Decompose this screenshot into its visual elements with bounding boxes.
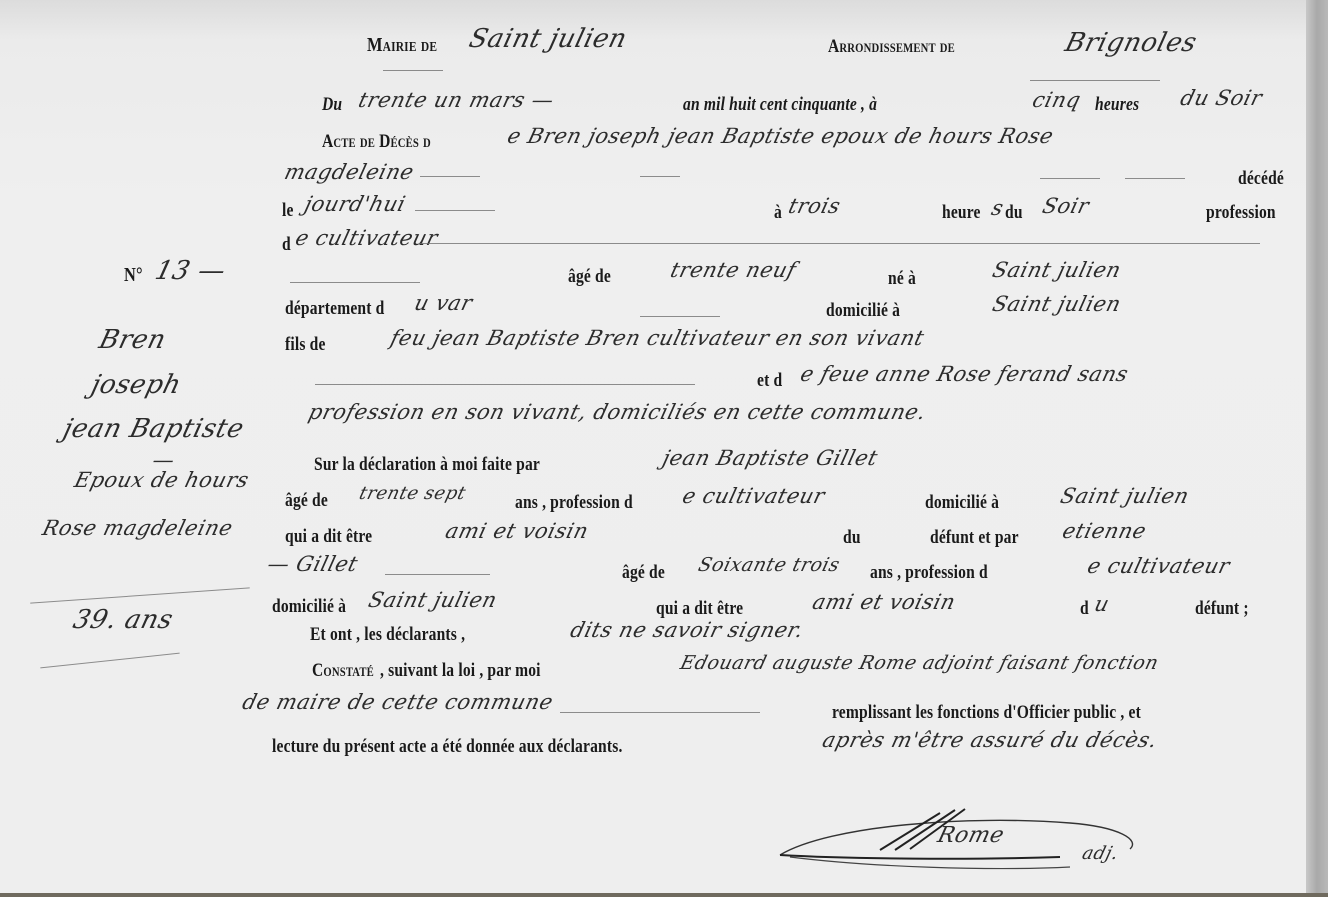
printed-text: à [774,202,782,224]
printed-text: Constaté [312,660,374,682]
printed-text: remplissant les fonctions d'Officier pub… [832,702,1141,724]
handwritten-text: profession en son vivant, domiciliés en … [306,400,929,424]
printed-text: d [1080,598,1089,620]
printed-text: né à [888,268,916,290]
margin-name: jean Baptiste [60,414,247,444]
margin-name: Rose magdeleine [40,516,235,540]
handwritten-place: Saint julien [990,258,1124,282]
officer-signature: Rome adj. [770,805,1170,895]
printed-text: département d [285,298,385,320]
printed-text: domicilié à [925,492,999,514]
printed-text: domicilié à [272,596,346,618]
printed-text: Sur la déclaration à moi faite par [314,454,540,476]
handwritten-hour: trois [786,194,843,218]
printed-text: heure [942,202,981,224]
printed-text: âgé de [568,266,611,288]
rule [1030,80,1160,81]
handwritten-place: Saint julien [366,588,500,612]
handwritten-relation: ami et voisin [810,590,958,614]
handwritten-date: trente un mars — [356,88,557,112]
rule [290,282,420,283]
handwritten-text: du Soir [1178,86,1265,110]
printed-text: âgé de [285,490,328,512]
deceased-name: e Bren joseph jean Baptiste epoux de hou… [505,124,1056,148]
rule [640,316,720,317]
handwritten-profession: e cultivateur [293,226,441,250]
handwritten-age: Soixante trois [696,554,842,576]
register-page: Mairie de Saint julien Arrondissement de… [0,0,1306,893]
printed-text: heures [1095,94,1139,116]
printed-text: qui a dit être [656,598,743,620]
printed-text: ans , profession d [515,492,633,514]
rule [315,384,695,385]
handwritten-age: trente neuf [668,258,799,282]
handwritten-department: u var [412,291,475,315]
handwritten-hour: cinq [1030,88,1083,112]
margin-age: 39. ans [70,605,176,635]
arrondissement-value: Brignoles [1062,28,1200,58]
entry-number-label: N° [124,264,143,287]
handwritten-officer: Edouard auguste Rome adjoint faisant fon… [678,652,1161,674]
printed-text: du [1005,202,1023,224]
handwritten-profession: e cultivateur [680,484,828,508]
handwritten-profession: e cultivateur [1085,554,1233,578]
handwritten-date: jourd'hui [302,192,408,216]
mairie-value: Saint julien [466,24,630,54]
rule [385,574,490,575]
rule [640,176,680,177]
signature-title: adj. [1080,843,1121,864]
printed-text: d [282,234,291,256]
mairie-label: Mairie de [367,34,437,57]
printed-text: fils de [285,334,326,356]
handwritten-father: feu jean Baptiste Bren cultivateur en so… [388,326,927,350]
printed-text: âgé de [622,562,665,584]
printed-text: du [843,527,861,549]
handwritten-declarant: — Gillet [265,552,360,576]
rule [1125,178,1185,179]
rule [420,176,480,177]
printed-text: lecture du présent acte a été donnée aux… [272,736,623,758]
printed-text: Du [322,94,342,116]
printed-text: Et ont , les déclarants , [310,624,465,646]
handwritten-text: u [1092,592,1112,616]
handwritten-officer-title: de maire de cette commune [240,690,556,714]
entry-number: 13 — [152,256,229,286]
handwritten-declarant: etienne [1060,519,1149,543]
printed-text: décédé [1238,168,1284,190]
handwritten-age: trente sept [357,483,468,504]
handwritten-place: Saint julien [990,292,1124,316]
margin-name: Epoux de hours [72,468,251,492]
printed-text: an mil huit cent cinquante , à [683,94,877,116]
act-title: Acte de Décès d [322,131,431,153]
signature-name: Rome [935,823,1007,848]
flourish [40,653,179,669]
printed-text: ans , profession d [870,562,988,584]
printed-text: profession [1206,202,1276,224]
printed-text: défunt et par [930,527,1019,549]
printed-text: , suivant la loi , par moi [380,660,541,682]
handwritten-declarant: jean Baptiste Gillet [660,446,880,470]
margin-name: Bren [96,325,169,355]
handwritten-text: magdeleine [282,160,417,184]
handwritten-text: dits ne savoir signer. [568,618,806,642]
printed-text: domicilié à [826,300,900,322]
rule [560,712,760,713]
handwritten-text: après m'être assuré du décès. [820,728,1160,752]
handwritten-relation: ami et voisin [443,519,591,543]
rule [420,243,1260,244]
rule [383,70,443,71]
printed-text: qui a dit être [285,526,372,548]
handwritten-place: Saint julien [1058,484,1192,508]
arrondissement-label: Arrondissement de [828,36,955,58]
rule [1040,178,1100,179]
flourish [30,587,250,604]
printed-text: le [282,200,294,222]
margin-name: joseph [88,370,184,400]
handwritten-mother: e feue anne Rose ferand sans [798,362,1131,386]
handwritten-text: Soir [1040,194,1092,218]
rule [415,210,495,211]
page-edge-right [1306,0,1328,893]
page-edge-bottom [0,893,1328,897]
handwritten-text: s [989,196,1006,220]
printed-text: et d [757,370,782,392]
printed-text: défunt ; [1195,598,1249,620]
